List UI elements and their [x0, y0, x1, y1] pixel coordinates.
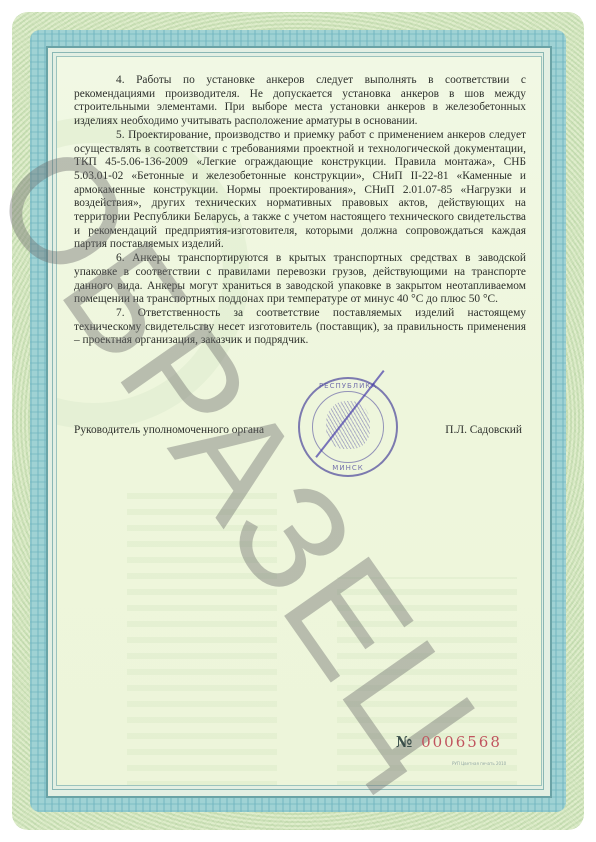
background-building-decoration [337, 577, 517, 786]
background-building-decoration [127, 487, 277, 786]
document-body: 4. Работы по установке анкеров следует в… [74, 74, 526, 348]
seal-text-bottom: МИНСК [300, 464, 396, 472]
paragraph-4: 4. Работы по установке анкеров следует в… [74, 74, 526, 129]
official-seal-icon: РЕСПУБЛИКА МИНСК [298, 377, 398, 477]
paragraph-7: 7. Ответственность за соответствие поста… [74, 307, 526, 348]
signatory-title: Руководитель уполномоченного органа [74, 424, 264, 436]
signatory-name: П.Л. Садовский [445, 424, 522, 436]
serial-number-value: 0006568 [421, 733, 502, 751]
paragraph-5: 5. Проектирование, производство и приемк… [74, 129, 526, 252]
coat-of-arms-icon [326, 401, 370, 449]
seal-text-top: РЕСПУБЛИКА [300, 382, 396, 390]
paragraph-6: 6. Анкеры транспортируются в крытых тран… [74, 252, 526, 307]
serial-number: № 0006568 [396, 733, 502, 751]
printer-imprint: РУП Цветная печать 2010 [452, 761, 506, 766]
number-sign: № [396, 733, 414, 751]
